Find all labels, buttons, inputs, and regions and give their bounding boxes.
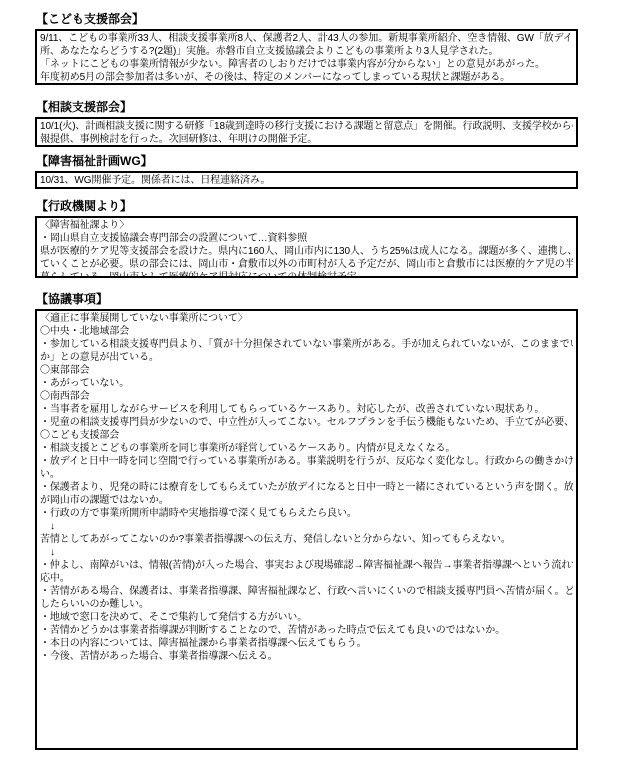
text-line: 苦情としてあがってこないのか?事業者指導課への伝え方、発信しないと分からない、知… xyxy=(40,533,573,546)
text-line: 応中。 xyxy=(40,572,573,585)
text-line: ・放デイと日中一時を同じ空間で行っている事業所がある。事業説明を行うが、反応なく… xyxy=(40,455,573,468)
text-line: 〈適正に事業展開していない事業所について〉 xyxy=(40,312,573,325)
text-line: 報提供、事例検討を行った。次回研修は、年明けの開催予定。 xyxy=(40,133,573,146)
text-line: ・児童の相談支援専門員が少ないので、中立性が入ってこない。セルフプランを手伝う機… xyxy=(40,416,573,429)
text-line: ・保護者より、児発の時には療育をしてもらえていたが放デイになると日中一時と一緒に… xyxy=(40,481,573,494)
text-line: 10/1(火)、計画相談支援に関する研修「18歳到達時の移行支援における課題と留… xyxy=(40,120,573,133)
text-line: ・あがっていない。 xyxy=(40,377,573,390)
text-line: 〇中央・北地域部会 xyxy=(40,325,573,338)
flow-arrow-down: ↓ xyxy=(50,546,573,559)
section-box-kodomo-shien-bukai: 9/11、こどもの事業所33人、相談支援事業所8人、保護者2人、計43人の参加。… xyxy=(35,29,578,85)
section-kodomo-shien-bukai: 【こども支援部会】 9/11、こどもの事業所33人、相談支援事業所8人、保護者2… xyxy=(35,12,578,85)
section-box-soudan-shien-bukai: 10/1(火)、計画相談支援に関する研修「18歳到達時の移行支援における課題と留… xyxy=(35,117,578,147)
section-title-kodomo-shien-bukai: 【こども支援部会】 xyxy=(36,12,578,26)
text-line: 〈障害福祉課より〉 xyxy=(40,219,573,232)
text-line: 〇南西部会 xyxy=(40,390,573,403)
text-line: ・地域で窓口を決めて、そこで集約して発信する方がいい。 xyxy=(40,611,573,624)
text-line: 〇こども支援部会 xyxy=(40,429,573,442)
section-box-kyougi-jikou: 〈適正に事業展開していない事業所について〉〇中央・北地域部会・参加している相談支… xyxy=(35,309,578,750)
section-kyougi-jikou: 【協議事項】 〈適正に事業展開していない事業所について〉〇中央・北地域部会・参加… xyxy=(35,292,578,750)
text-line: ・本日の内容については、障害福祉課から事業者指導課へ伝えてもらう。 xyxy=(40,637,573,650)
section-title-soudan-shien-bukai: 【相談支援部会】 xyxy=(36,100,578,114)
text-line: ・岡山県自立支援協議会専門部会の設置について…資料参照 xyxy=(40,232,573,245)
section-box-gyousei-kikan-yori: 〈障害福祉課より〉・岡山県自立支援協議会専門部会の設置について…資料参照県が医療… xyxy=(35,216,578,278)
section-title-kyougi-jikou: 【協議事項】 xyxy=(36,292,578,306)
text-line: ていくことが必要。県の部会には、岡山市・倉敷市以外の市町村が入る予定だが、岡山市… xyxy=(40,258,573,271)
text-line: 〇東部部会 xyxy=(40,364,573,377)
document-page: 【こども支援部会】 9/11、こどもの事業所33人、相談支援事業所8人、保護者2… xyxy=(0,0,627,768)
section-soudan-shien-bukai: 【相談支援部会】 10/1(火)、計画相談支援に関する研修「18歳到達時の移行支… xyxy=(35,100,578,147)
text-line: 「ネットにこどもの事業所情報が少ない。障害者のしおりだけでは事業内容が分からない… xyxy=(40,58,573,71)
text-line: ・苦情がある場合、保護者は、事業者指導課、障害福祉課など、行政へ言いにくいので相… xyxy=(40,585,573,598)
text-line: したらいいのか難しい。 xyxy=(40,598,573,611)
text-line: 所、あなたならどうする?(2題)」実施。赤磐市自立支援協議会よりこどもの事業所よ… xyxy=(40,45,573,58)
text-line: 年度初め5月の部会参加者は多いが、その後は、特定のメンバーになってしまっている現… xyxy=(40,71,573,84)
section-title-gyousei-kikan-yori: 【行政機関より】 xyxy=(36,199,578,213)
text-line: ・当事者を雇用しながらサービスを利用してもらっているケースあり。対応したが、改善… xyxy=(40,403,573,416)
text-line: ・今後、苦情があった場合、事業者指導課へ伝える。 xyxy=(40,650,573,663)
text-line: ・仲よし、南障がいは、情報(苦情)が入った場合、事実および現場確認→障害福祉課へ… xyxy=(40,559,573,572)
flow-arrow-down: ↓ xyxy=(50,520,573,533)
text-line: ・相談支援とこどもの事業所を同じ事業所が経営しているケースあり。内情が見えなくな… xyxy=(40,442,573,455)
text-line: ・参加している相談支援専門員より、「質が十分担保されていない事業所がある。手が加… xyxy=(40,338,573,351)
text-line: 県が医療的ケア児等支援部会を設けた。県内に160人、岡山市内に130人、うち25… xyxy=(40,245,573,258)
section-title-shougai-fukushi-keikaku-wg: 【障害福祉計画WG】 xyxy=(36,154,578,168)
text-line: 10/31、WG開催予定。関係者には、日程連絡済み。 xyxy=(40,174,573,187)
section-gyousei-kikan-yori: 【行政機関より】 〈障害福祉課より〉・岡山県自立支援協議会専門部会の設置について… xyxy=(35,199,578,278)
text-line: ・行政の方で事業所開所申請時や実地指導で深く見てもらえたら良い。 xyxy=(40,507,573,520)
text-line: 9/11、こどもの事業所33人、相談支援事業所8人、保護者2人、計43人の参加。… xyxy=(40,32,573,45)
text-line: が岡山市の課題ではないか。 xyxy=(40,494,573,507)
text-line: 暮らしている。岡山市として医療的ケア児対応についての体制検討予定。 xyxy=(40,271,573,278)
text-line: か」との意見が出ている。 xyxy=(40,351,573,364)
text-line: ・苦情かどうかは事業者指導課が判断することなので、苦情があった時点で伝えても良い… xyxy=(40,624,573,637)
text-line: い。 xyxy=(40,468,573,481)
section-box-shougai-fukushi-keikaku-wg: 10/31、WG開催予定。関係者には、日程連絡済み。 xyxy=(35,171,578,189)
section-shougai-fukushi-keikaku-wg: 【障害福祉計画WG】 10/31、WG開催予定。関係者には、日程連絡済み。 xyxy=(35,154,578,189)
